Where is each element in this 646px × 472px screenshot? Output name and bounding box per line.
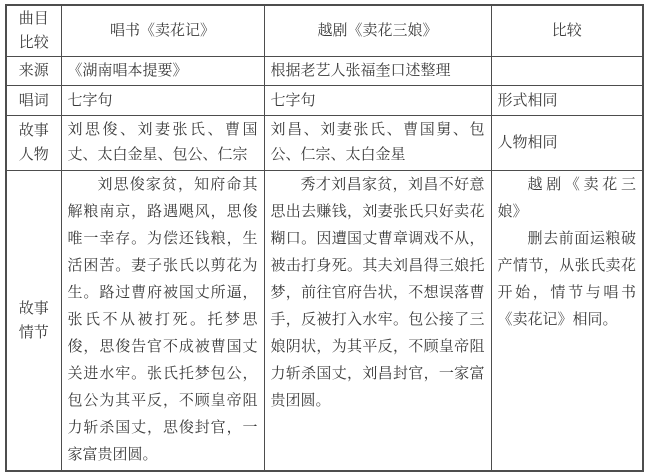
plot-changshu-cell: 刘思俊家贫，知府命其解粮南京，路遇飓风，思俊唯一幸存。为偿还钱粮，生活困苦。妻子… <box>61 171 264 472</box>
lyrics-row-label: 唱词 <box>6 86 61 116</box>
plot-compare-cell: 越剧《卖花三娘》 删去前面运粮破产情节，从张氏卖花开始，情节与唱书《卖花记》相同… <box>491 171 643 472</box>
lyrics-compare-cell: 形式相同 <box>491 86 643 116</box>
lyrics-changshu-cell: 七字句 <box>61 86 264 116</box>
source-row-label: 来源 <box>6 57 61 86</box>
document-page: 曲目比较 唱书《卖花记》 越剧《卖花三娘》 比较 来源 《湖南唱本提要》 根据老… <box>0 0 646 471</box>
plot-row-label: 故事情节 <box>6 171 61 472</box>
source-row: 来源 《湖南唱本提要》 根据老艺人张福奎口述整理 <box>6 57 643 86</box>
lyrics-row: 唱词 七字句 七字句 形式相同 <box>6 86 643 116</box>
source-yueju-cell: 根据老艺人张福奎口述整理 <box>264 57 491 86</box>
plot-yueju-cell: 秀才刘昌家贫，刘昌不好意思出去赚钱，刘妻张氏只好卖花糊口。因遭国丈曹章调戏不从，… <box>264 171 491 472</box>
plot-compare-paragraph-2: 删去前面运粮破产情节，从张氏卖花开始，情节与唱书《卖花记》相同。 <box>498 226 637 334</box>
plot-row: 故事情节 刘思俊家贫，知府命其解粮南京，路遇飓风，思俊唯一幸存。为偿还钱粮，生活… <box>6 171 643 472</box>
plot-changshu-paragraph: 刘思俊家贫，知府命其解粮南京，路遇飓风，思俊唯一幸存。为偿还钱粮，生活困苦。妻子… <box>68 172 258 469</box>
characters-row-label: 故事人物 <box>6 116 61 171</box>
comparison-table: 曲目比较 唱书《卖花记》 越剧《卖花三娘》 比较 来源 《湖南唱本提要》 根据老… <box>5 4 644 472</box>
plot-yueju-paragraph: 秀才刘昌家贫，刘昌不好意思出去赚钱，刘妻张氏只好卖花糊口。因遭国丈曹章调戏不从，… <box>271 172 485 415</box>
source-compare-cell <box>491 57 643 86</box>
lyrics-yueju-cell: 七字句 <box>264 86 491 116</box>
characters-compare-cell: 人物相同 <box>491 116 643 171</box>
characters-yueju-cell: 刘昌、刘妻张氏、曹国舅、包公、仁宗、太白金星 <box>264 116 491 171</box>
column-header-yueju: 越剧《卖花三娘》 <box>264 5 491 57</box>
characters-changshu-cell: 刘思俊、刘妻张氏、曹国丈、太白金星、包公、仁宗 <box>61 116 264 171</box>
characters-row: 故事人物 刘思俊、刘妻张氏、曹国丈、太白金星、包公、仁宗 刘昌、刘妻张氏、曹国舅… <box>6 116 643 171</box>
header-row: 曲目比较 唱书《卖花记》 越剧《卖花三娘》 比较 <box>6 5 643 57</box>
column-header-compare: 比较 <box>491 5 643 57</box>
corner-label-cell: 曲目比较 <box>6 5 61 57</box>
source-changshu-cell: 《湖南唱本提要》 <box>61 57 264 86</box>
column-header-changshu: 唱书《卖花记》 <box>61 5 264 57</box>
plot-compare-paragraph-1: 越剧《卖花三娘》 <box>498 172 637 226</box>
